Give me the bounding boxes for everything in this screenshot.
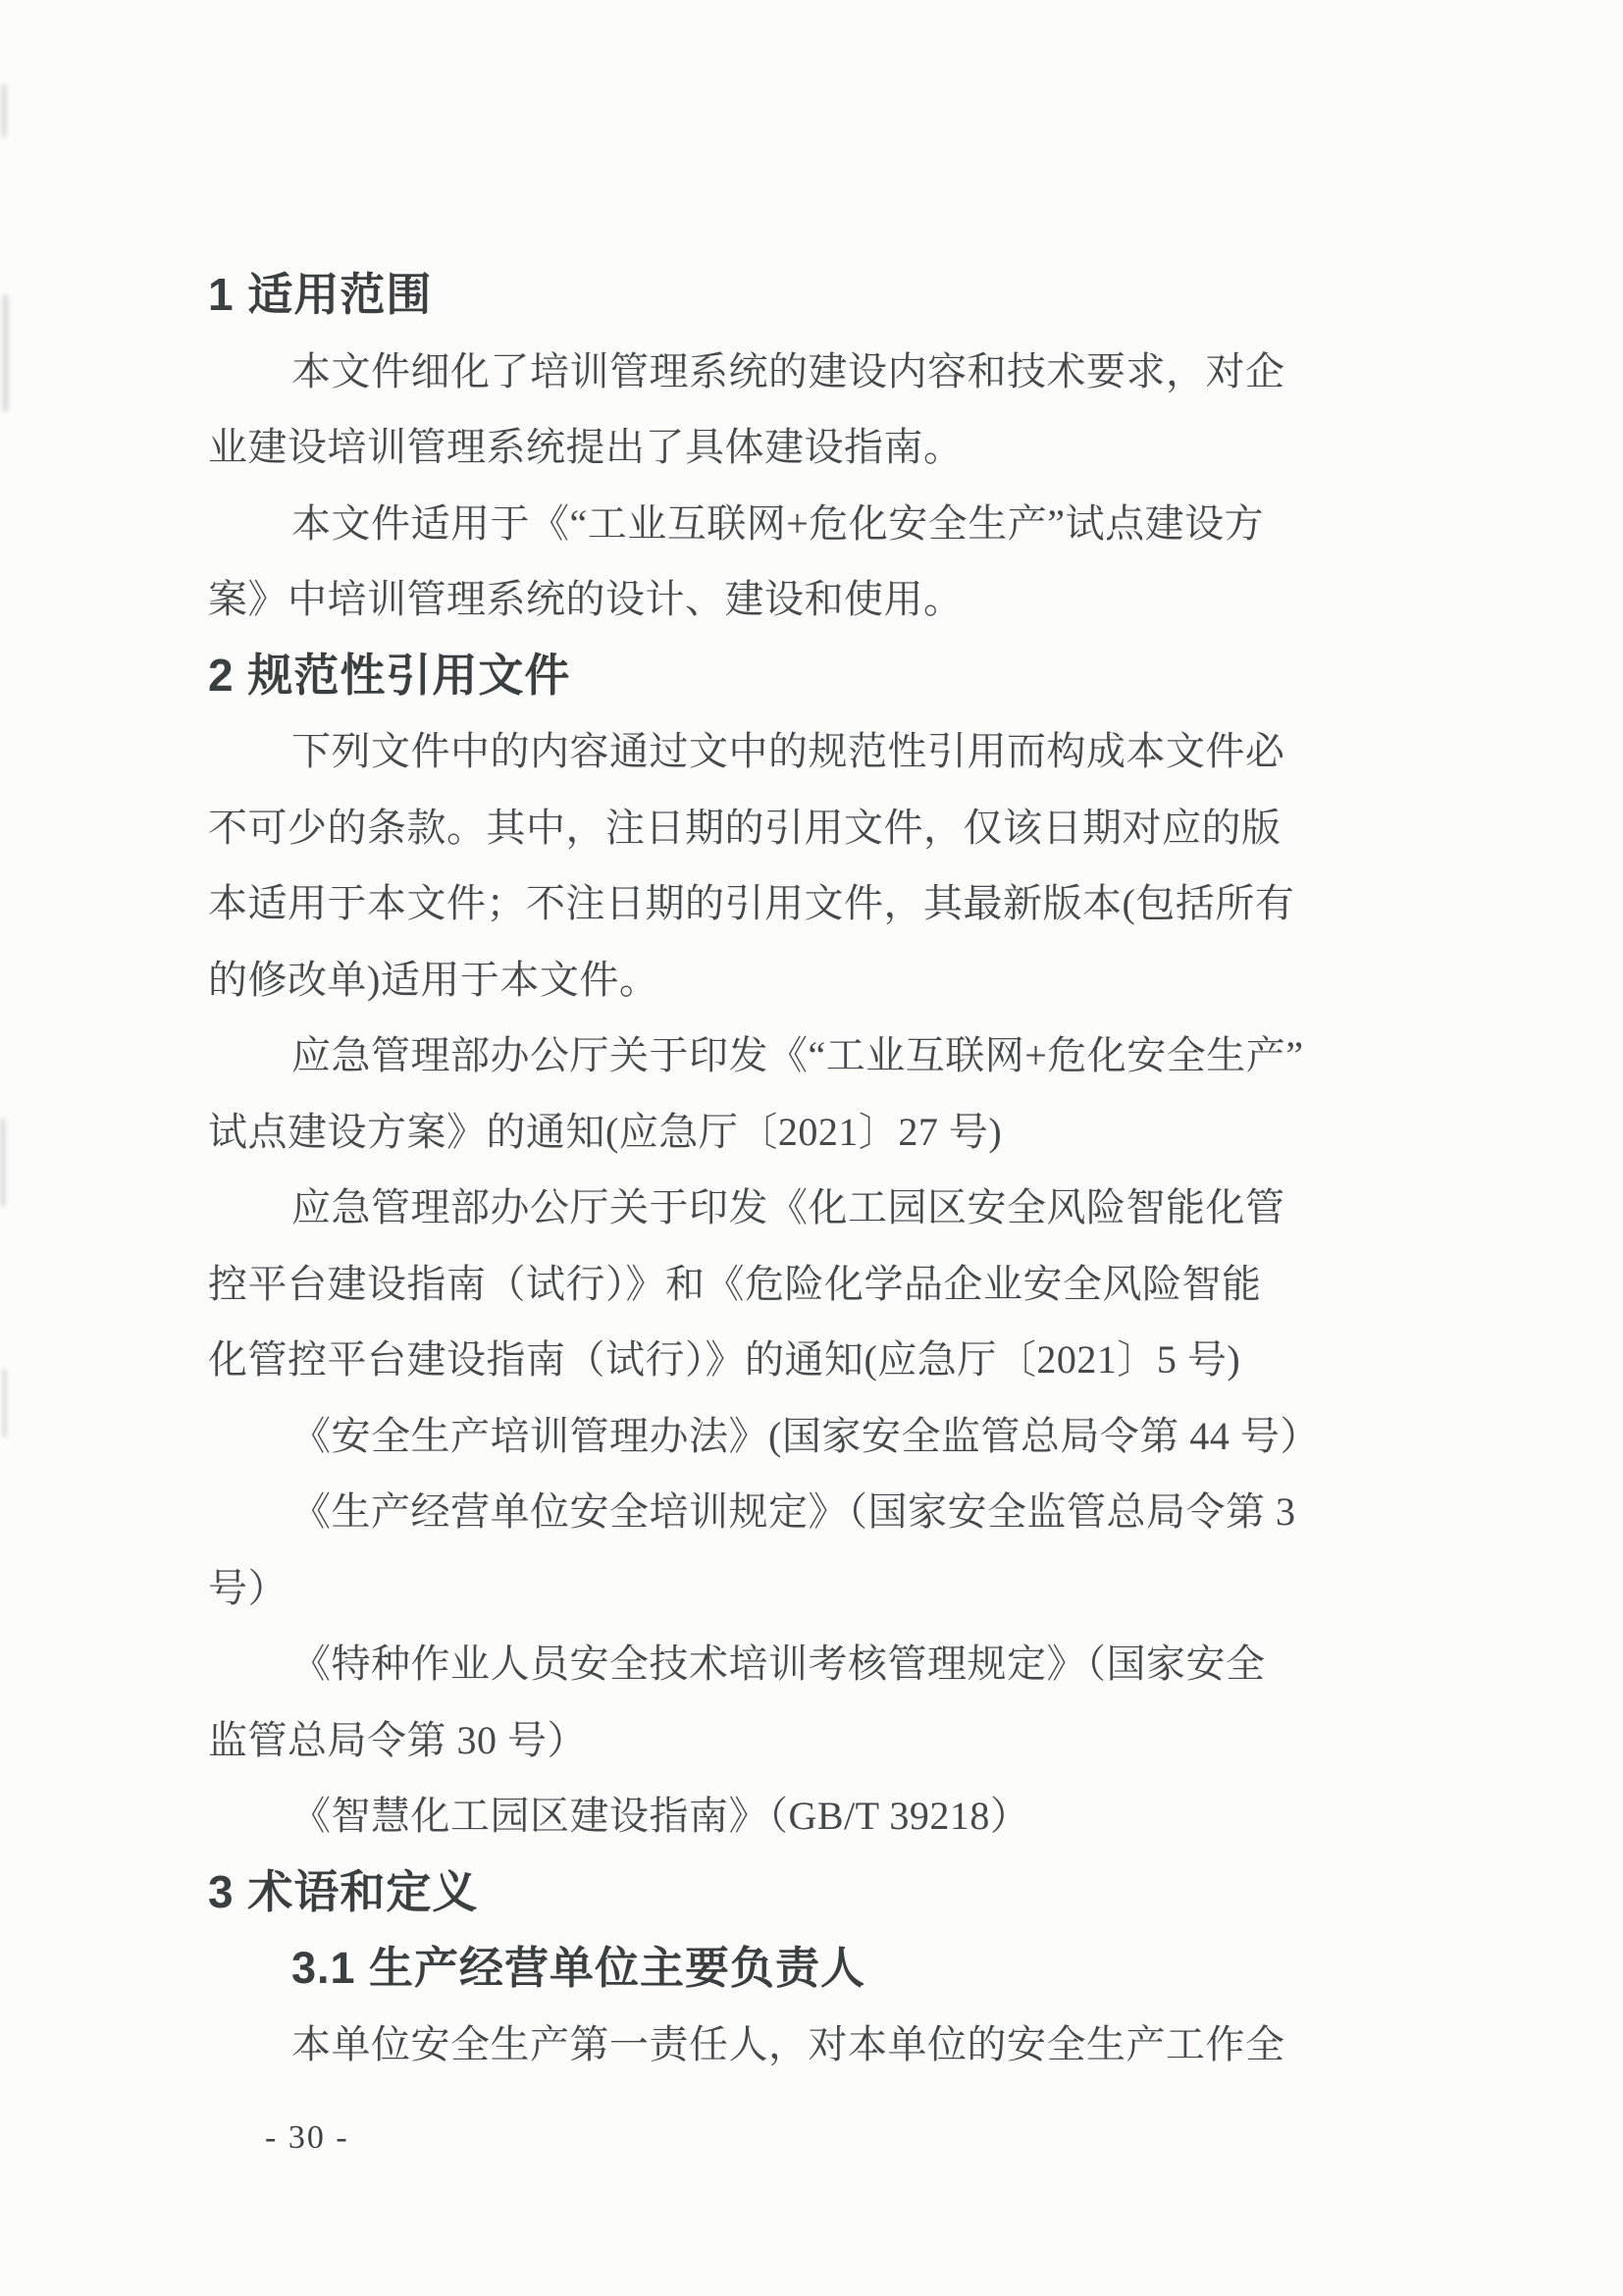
paragraph-line: 本单位安全生产第一责任人，对本单位的安全生产工作全	[208, 2007, 1287, 2083]
reference-line: 控平台建设指南（试行）》和《危险化学品企业安全风险智能	[208, 1246, 1287, 1323]
document-page: 1 适用范围 本文件细化了培训管理系统的建设内容和技术要求，对企 业建设培训管理…	[0, 0, 1623, 2296]
reference-line: 号）	[208, 1550, 1287, 1627]
paragraph-line: 不可少的条款。其中，注日期的引用文件，仅该日期对应的版	[208, 790, 1287, 866]
paragraph-line: 业建设培训管理系统提出了具体建设指南。	[208, 409, 1287, 486]
reference-line: 应急管理部办公厅关于印发《“工业互联网+危化安全生产”	[208, 1018, 1287, 1094]
paragraph-line: 的修改单)适用于本文件。	[208, 942, 1287, 1018]
scan-artifact	[1, 83, 7, 137]
paragraph-line: 本适用于本文件；不注日期的引用文件，其最新版本(包括所有	[208, 865, 1287, 942]
reference-line: 化管控平台建设指南（试行）》的通知(应急厅〔2021〕5 号)	[208, 1322, 1287, 1398]
section-heading-references: 2 规范性引用文件	[208, 638, 1287, 714]
reference-line: 《安全生产培训管理办法》(国家安全监管总局令第 44 号）	[208, 1398, 1287, 1475]
paragraph-line: 下列文件中的内容通过文中的规范性引用而构成本文件必	[208, 713, 1287, 790]
reference-line: 《特种作业人员安全技术培训考核管理规定》（国家安全	[208, 1626, 1287, 1702]
paragraph-line: 本文件适用于《“工业互联网+危化安全生产”试点建设方	[208, 486, 1287, 562]
page-number: - 30 -	[265, 2119, 349, 2157]
reference-line: 《生产经营单位安全培训规定》（国家安全监管总局令第 3	[208, 1474, 1287, 1550]
reference-line: 监管总局令第 30 号）	[208, 1702, 1287, 1779]
scan-artifact	[2, 1369, 7, 1437]
paragraph-line: 本文件细化了培训管理系统的建设内容和技术要求，对企	[208, 334, 1287, 410]
section-heading-terms: 3 术语和定义	[208, 1854, 1287, 1931]
paragraph-line: 案》中培训管理系统的设计、建设和使用。	[208, 561, 1287, 638]
scan-artifact	[2, 294, 9, 412]
reference-line: 《智慧化工园区建设指南》（GB/T 39218）	[208, 1778, 1287, 1854]
reference-line: 试点建设方案》的通知(应急厅〔2021〕27 号)	[208, 1094, 1287, 1171]
section-heading-scope: 1 适用范围	[208, 257, 1287, 334]
document-body: 1 适用范围 本文件细化了培训管理系统的建设内容和技术要求，对企 业建设培训管理…	[208, 257, 1287, 2082]
subsection-heading-chief-officer: 3.1 生产经营单位主要负责人	[208, 1930, 1287, 2007]
scan-artifact	[0, 1119, 6, 1207]
reference-line: 应急管理部办公厅关于印发《化工园区安全风险智能化管	[208, 1170, 1287, 1246]
